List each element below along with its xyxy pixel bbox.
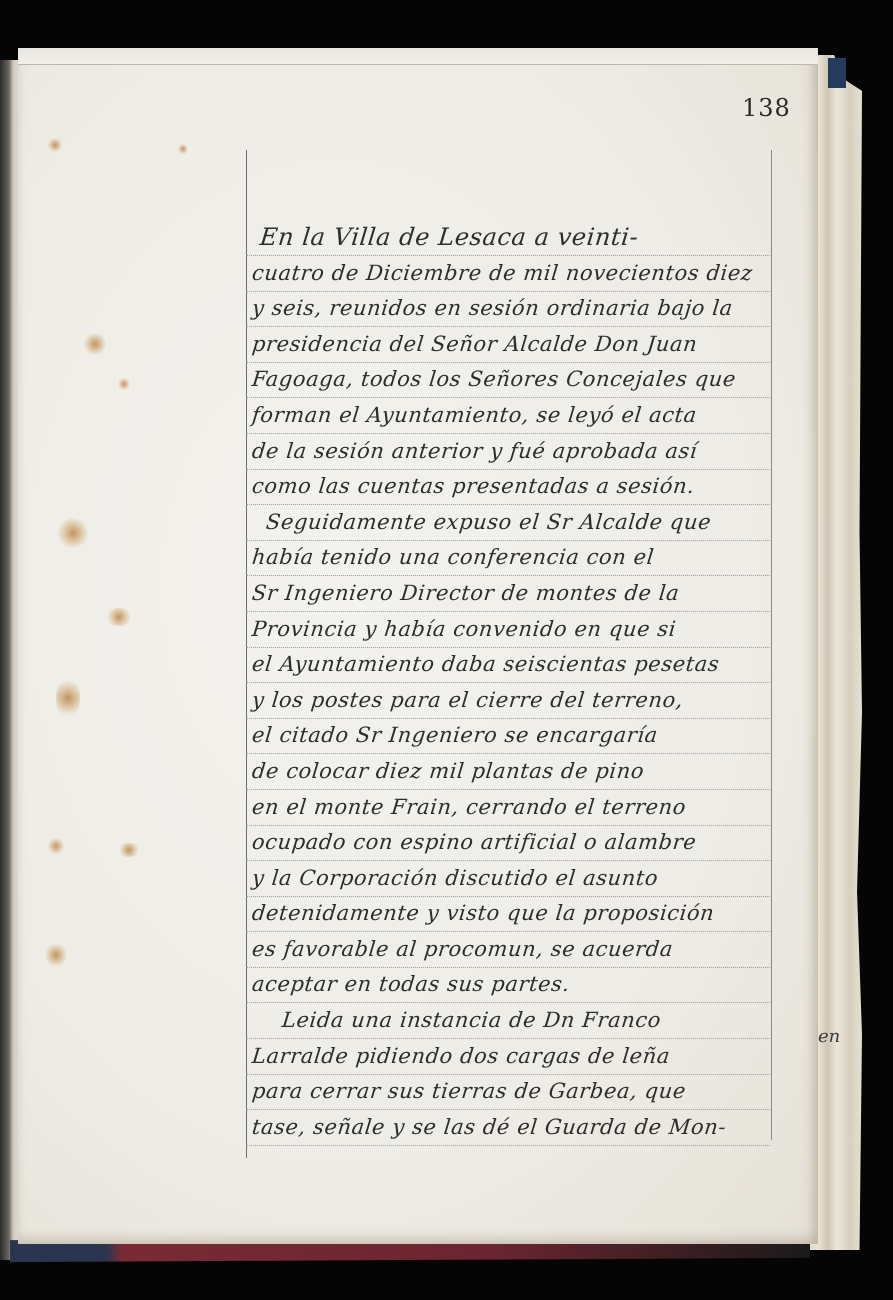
text-line: detenidamente y visto que la proposición [246,896,774,932]
foxing-stain [48,838,64,854]
text-line: es favorable al procomun, se acuerda [246,932,774,968]
margin-note: en [818,1026,840,1047]
text-line: como las cuentas presentadas a sesión. [246,469,774,505]
text-line: Fagoaga, todos los Señores Concejales qu… [246,362,774,398]
foxing-stain [46,943,66,967]
page-top-fold [18,48,818,65]
text-line: forman el Ayuntamiento, se leyó el acta [246,398,774,434]
text-line: y la Corporación discutido el asunto [246,861,774,897]
text-line: Sr Ingeniero Director de montes de la [246,576,774,612]
foxing-stain [178,144,188,154]
text-line: de colocar diez mil plantas de pino [246,754,774,790]
cover-corner [828,58,846,88]
foxing-stain [118,378,130,390]
text-line: en el monte Frain, cerrando el terreno [246,790,774,826]
text-line: cuatro de Diciembre de mil novecientos d… [246,256,774,292]
foxing-stain [84,333,106,355]
handwritten-text-block: En la Villa de Lesaca a veinti- cuatro d… [248,220,772,1145]
foxing-stain [106,608,132,626]
foxing-stain [56,678,80,718]
text-line: aceptar en todas sus partes. [246,967,774,1003]
text-line: Larralde pidiendo dos cargas de leña [246,1039,774,1075]
text-line: de la sesión anterior y fué aprobada así [246,434,774,470]
text-line: y seis, reunidos en sesión ordinaria baj… [246,291,774,327]
text-line: presidencia del Señor Alcalde Don Juan [246,327,774,363]
text-line: el citado Sr Ingeniero se encargaría [246,718,774,754]
text-line: y los postes para el cierre del terreno, [246,683,774,719]
text-line: tase, señale y se las dé el Guarda de Mo… [246,1110,774,1146]
text-line: el Ayuntamiento daba seiscientas pesetas [246,647,774,683]
ledger-page: 138 En la Villa de Lesaca a veinti- cuat… [18,48,818,1244]
foxing-stain [118,843,140,857]
foxing-stain [48,138,62,152]
text-line: Provincia y había convenido en que si [246,612,774,648]
text-line: Leida una instancia de Dn Franco [246,1003,774,1039]
text-line: Seguidamente expuso el Sr Alcalde que [246,505,774,541]
foxing-stain [58,518,88,548]
page-number: 138 [742,94,791,122]
text-line: había tenido una conferencia con el [246,540,774,576]
text-line: para cerrar sus tierras de Garbea, que [246,1074,774,1110]
left-margin-rule [246,150,247,1158]
text-line: ocupado con espino artificial o alambre [246,825,774,861]
text-line: En la Villa de Lesaca a veinti- [246,220,774,256]
